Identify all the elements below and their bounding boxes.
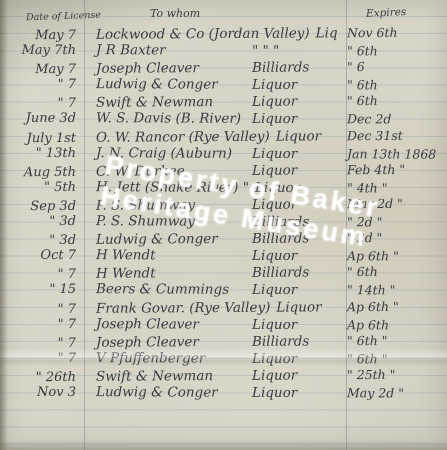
- expiry-date: May 2d ": [337, 384, 447, 401]
- license-type: Billiards: [246, 265, 309, 282]
- expiry-date: Ap 6th: [337, 316, 447, 333]
- expiry-date: " 6th: [337, 263, 447, 281]
- license-type: Liquor: [246, 316, 297, 333]
- licensee-name: H. Jett (Snake River) ": [96, 179, 249, 197]
- license-type: Liquor: [246, 162, 297, 179]
- header-expires: Expires: [366, 6, 407, 20]
- expiry-date: Dec 2d: [337, 111, 447, 128]
- expiry-date: " 6th: [337, 92, 447, 110]
- license-type: " " ": [246, 43, 279, 60]
- license-date: Nov 3: [0, 384, 86, 401]
- ledger-row: " 13th J. N. Craig (Auburn)Liquor Jan 13…: [0, 143, 447, 162]
- ledger-row: " 5th H. Jett (Snake River) "Liquor " 4t…: [0, 178, 447, 197]
- licensee-name: Joseph Cleaver: [96, 316, 246, 334]
- expiry-date: " 6th ": [337, 331, 447, 349]
- license-type: Liquor: [246, 196, 297, 213]
- licensee-name: H Wendt: [96, 247, 246, 265]
- license-type: Liquor: [246, 111, 297, 128]
- licensee-name: Ludwig & Conger: [96, 384, 246, 402]
- ledger-row: May 7th J R Baxter" " " " 6th: [0, 41, 447, 60]
- expiry-date: " 25th ": [337, 366, 447, 384]
- ledger-row: " 3d P. S. ShumwayBilliards " 2d ": [0, 212, 447, 231]
- ledger-row: " 15 Beers & CummingsLiquor " 14th ": [0, 280, 447, 299]
- expiry-date: " 2d ": [337, 229, 447, 247]
- expiry-date: Nov 6th: [337, 24, 447, 42]
- ledger-row: " 7 Joseph CleaverLiquor Ap 6th: [0, 314, 447, 333]
- license-type: Billiards: [246, 333, 309, 350]
- expiry-date: Feb 4th ": [337, 160, 447, 178]
- licensee-name: Ludwig & Conger: [96, 76, 246, 94]
- header-to-whom: To whom: [150, 7, 200, 20]
- license-date: " 15: [0, 281, 86, 298]
- license-date: " 7: [0, 350, 86, 367]
- ledger-header-row: Date of License To whom Expires: [0, 0, 447, 24]
- license-date: " 7: [0, 76, 86, 93]
- license-type: Liquor: [246, 367, 297, 384]
- license-type: Liquor: [246, 94, 297, 111]
- license-type: Billiards: [246, 231, 309, 248]
- license-type: Billiards: [246, 214, 309, 231]
- licensee-name: W. S. Davis (B. River): [96, 111, 246, 129]
- license-date: " 3d: [0, 213, 86, 230]
- license-type: Liquor: [246, 351, 297, 368]
- header-date-of-license: Date of License: [26, 10, 101, 24]
- license-date: June 3d: [0, 110, 86, 127]
- license-date: " 7: [0, 315, 86, 332]
- licensee-name: V Pfuffenberger: [96, 350, 246, 368]
- license-type: Billiards: [246, 60, 309, 77]
- license-date: May 7th: [0, 42, 86, 59]
- expiry-date: " 14th ": [337, 282, 447, 299]
- expiry-date: Ap 6th ": [337, 297, 447, 315]
- licensee-name: P. S. Shumway: [96, 213, 246, 231]
- license-type: Liquor: [246, 385, 297, 402]
- ledger-page: Date of License To whom Expires May 7 Lo…: [0, 0, 447, 450]
- license-date: " 13th: [0, 144, 86, 161]
- license-type: Liquor: [246, 282, 297, 299]
- license-type: Liquor: [270, 299, 321, 316]
- expiry-date: Jan 13th 1868: [337, 145, 447, 162]
- ledger-rows: May 7 Lockwood & Co (Jordan Valley)Liquo…: [0, 25, 447, 401]
- ledger-row: June 3d W. S. Davis (B. River)Liquor Dec…: [0, 109, 447, 128]
- license-date: Oct 7: [0, 247, 86, 264]
- license-type: Liquor: [246, 145, 297, 162]
- license-type: Liquor: [270, 128, 321, 145]
- license-type: Liquor: [249, 180, 300, 197]
- ledger-row: " 7 Frank Govar. (Rye Valley)Liquor Ap 6…: [0, 297, 447, 317]
- licensee-name: J. N. Craig (Auburn): [96, 145, 246, 163]
- ledger-row: " 7 V PfuffenbergerLiquor " 6th ": [0, 349, 447, 368]
- expiry-date: Mar 2d ": [337, 195, 447, 213]
- licensee-name: Beers & Cummings: [96, 282, 246, 300]
- licensee-name: J R Baxter: [96, 42, 246, 60]
- expiry-date: " 6: [337, 58, 447, 76]
- license-type: Liquor: [310, 25, 337, 42]
- expiry-date: Dec 31st: [337, 126, 447, 144]
- ledger-row: Nov 3 Ludwig & CongerLiquor May 2d ": [0, 383, 447, 402]
- license-date: " 5th: [0, 179, 86, 196]
